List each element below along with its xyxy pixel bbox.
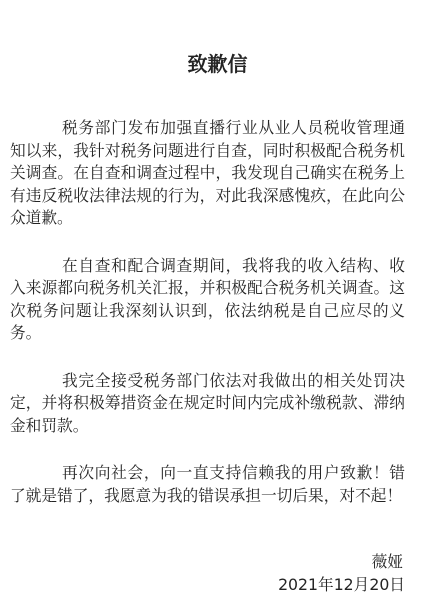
signature-date: 2021年12月20日	[10, 574, 405, 597]
letter-paragraph-1: 税务部门发布加强直播行业从业人员税收管理通知以来，我针对税务问题进行自查，同时积…	[10, 117, 405, 230]
signature-block: 薇娅 2021年12月20日	[10, 551, 405, 596]
letter-paragraph-2: 在自查和配合调查期间，我将我的收入结构、收入来源都向税务机关汇报，并积极配合税务…	[10, 255, 405, 345]
apology-letter: 致歉信 税务部门发布加强直播行业从业人员税收管理通知以来，我针对税务问题进行自查…	[0, 0, 440, 612]
letter-paragraph-4: 再次向社会，向一直支持信赖我的用户致歉！错了就是错了，我愿意为我的错误承担一切后…	[10, 462, 405, 507]
signature-name: 薇娅	[10, 551, 405, 574]
letter-paragraph-3: 我完全接受税务部门依法对我做出的相关处罚决定，并将积极筹措资金在规定时间内完成补…	[10, 370, 405, 438]
letter-title: 致歉信	[0, 51, 435, 77]
